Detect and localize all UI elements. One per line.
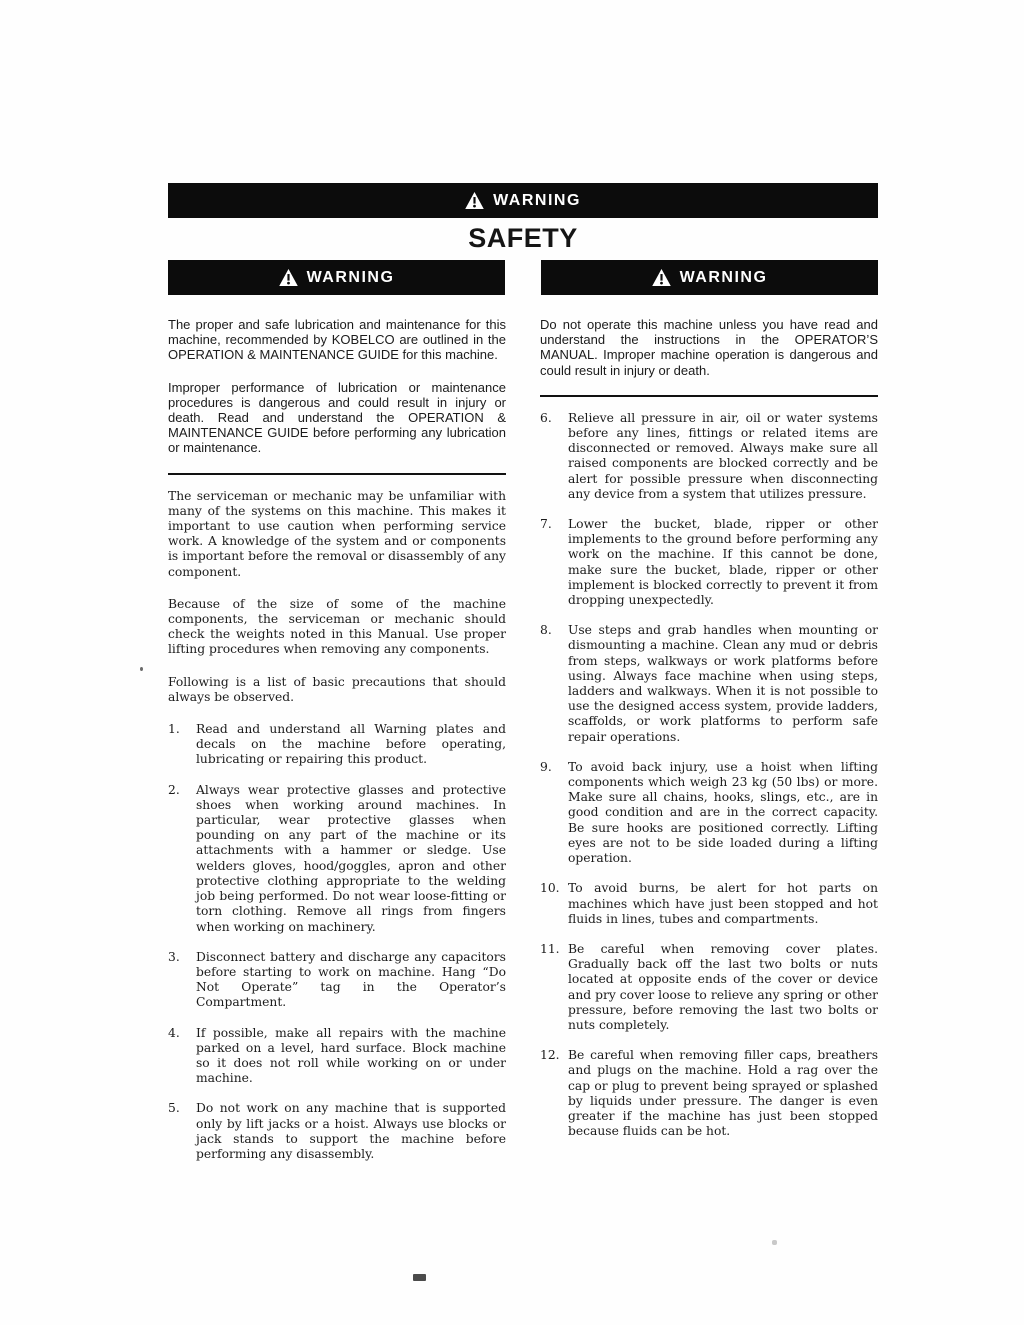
list-item-text: If possible, make all repairs with the m…: [196, 1026, 506, 1087]
right-intro-paragraph: Do not operate this machine unless you h…: [540, 317, 878, 378]
left-intro-paragraphs: The proper and safe lubrication and main…: [168, 317, 506, 456]
paragraph: The serviceman or mechanic may be unfami…: [168, 489, 506, 580]
list-item: 11. Be careful when removing cover plate…: [540, 942, 878, 1033]
list-item-number: 8.: [540, 623, 568, 745]
column-banner-row: WARNING WARNING: [168, 260, 878, 295]
list-item-number: 5.: [168, 1101, 196, 1162]
list-item-text: Do not work on any machine that is suppo…: [196, 1101, 506, 1162]
list-item-text: Lower the bucket, blade, ripper or other…: [568, 517, 878, 608]
list-item-number: 9.: [540, 760, 568, 866]
list-item-number: 2.: [168, 783, 196, 935]
list-item-number: 11.: [540, 942, 568, 1033]
paragraph: The proper and safe lubrication and main…: [168, 317, 506, 363]
warning-triangle-icon: [279, 269, 298, 286]
list-item: 9. To avoid back injury, use a hoist whe…: [540, 760, 878, 866]
right-column: Do not operate this machine unless you h…: [540, 317, 878, 1177]
scan-smudge: [140, 667, 143, 671]
left-body-paragraphs: The serviceman or mechanic may be unfami…: [168, 489, 506, 705]
left-numbered-list: 1. Read and understand all Warning plate…: [168, 722, 506, 1162]
left-divider-rule: [168, 473, 506, 475]
right-warning-label: WARNING: [680, 269, 768, 287]
list-item-number: 7.: [540, 517, 568, 608]
manual-safety-page: WARNING SAFETY WARNING: [0, 0, 1024, 1325]
right-warning-banner: WARNING: [541, 260, 878, 295]
scan-smudge: [772, 1240, 777, 1245]
top-warning-banner: WARNING: [168, 183, 878, 218]
list-item: 8. Use steps and grab handles when mount…: [540, 623, 878, 745]
list-item: 2. Always wear protective glasses and pr…: [168, 783, 506, 935]
list-item-text: Always wear protective glasses and prote…: [196, 783, 506, 935]
list-item-text: Be careful when removing filler caps, br…: [568, 1048, 878, 1139]
right-numbered-list: 6. Relieve all pressure in air, oil or w…: [540, 411, 878, 1140]
list-item-text: Disconnect battery and discharge any cap…: [196, 950, 506, 1011]
list-item-text: Relieve all pressure in air, oil or wate…: [568, 411, 878, 502]
list-item: 7. Lower the bucket, blade, ripper or ot…: [540, 517, 878, 608]
right-divider-rule: [540, 395, 878, 397]
list-item-number: 4.: [168, 1026, 196, 1087]
list-item: 5. Do not work on any machine that is su…: [168, 1101, 506, 1162]
list-item-text: Be careful when removing cover plates. G…: [568, 942, 878, 1033]
left-warning-banner: WARNING: [168, 260, 505, 295]
list-item: 10. To avoid burns, be alert for hot par…: [540, 881, 878, 927]
list-item: 6. Relieve all pressure in air, oil or w…: [540, 411, 878, 502]
left-column: The proper and safe lubrication and main…: [168, 317, 506, 1177]
list-item: 4. If possible, make all repairs with th…: [168, 1026, 506, 1087]
warning-triangle-icon: [652, 269, 671, 286]
page-content: WARNING SAFETY WARNING: [168, 183, 878, 1177]
paragraph: Following is a list of basic precautions…: [168, 675, 506, 705]
body-columns: The proper and safe lubrication and main…: [168, 317, 878, 1177]
list-item: 3. Disconnect battery and discharge any …: [168, 950, 506, 1011]
list-item-number: 12.: [540, 1048, 568, 1139]
list-item-text: To avoid burns, be alert for hot parts o…: [568, 881, 878, 927]
paragraph: Improper performance of lubrication or m…: [168, 380, 506, 456]
warning-triangle-icon: [465, 192, 484, 209]
left-warning-label: WARNING: [307, 269, 395, 287]
page-title: SAFETY: [168, 223, 878, 254]
paragraph: Because of the size of some of the machi…: [168, 597, 506, 658]
list-item-number: 1.: [168, 722, 196, 768]
list-item-number: 10.: [540, 881, 568, 927]
scan-smudge: [413, 1274, 426, 1281]
list-item-number: 6.: [540, 411, 568, 502]
list-item-text: Read and understand all Warning plates a…: [196, 722, 506, 768]
top-warning-label: WARNING: [493, 192, 581, 210]
list-item: 1. Read and understand all Warning plate…: [168, 722, 506, 768]
list-item-number: 3.: [168, 950, 196, 1011]
list-item: 12. Be careful when removing filler caps…: [540, 1048, 878, 1139]
list-item-text: Use steps and grab handles when mounting…: [568, 623, 878, 745]
list-item-text: To avoid back injury, use a hoist when l…: [568, 760, 878, 866]
